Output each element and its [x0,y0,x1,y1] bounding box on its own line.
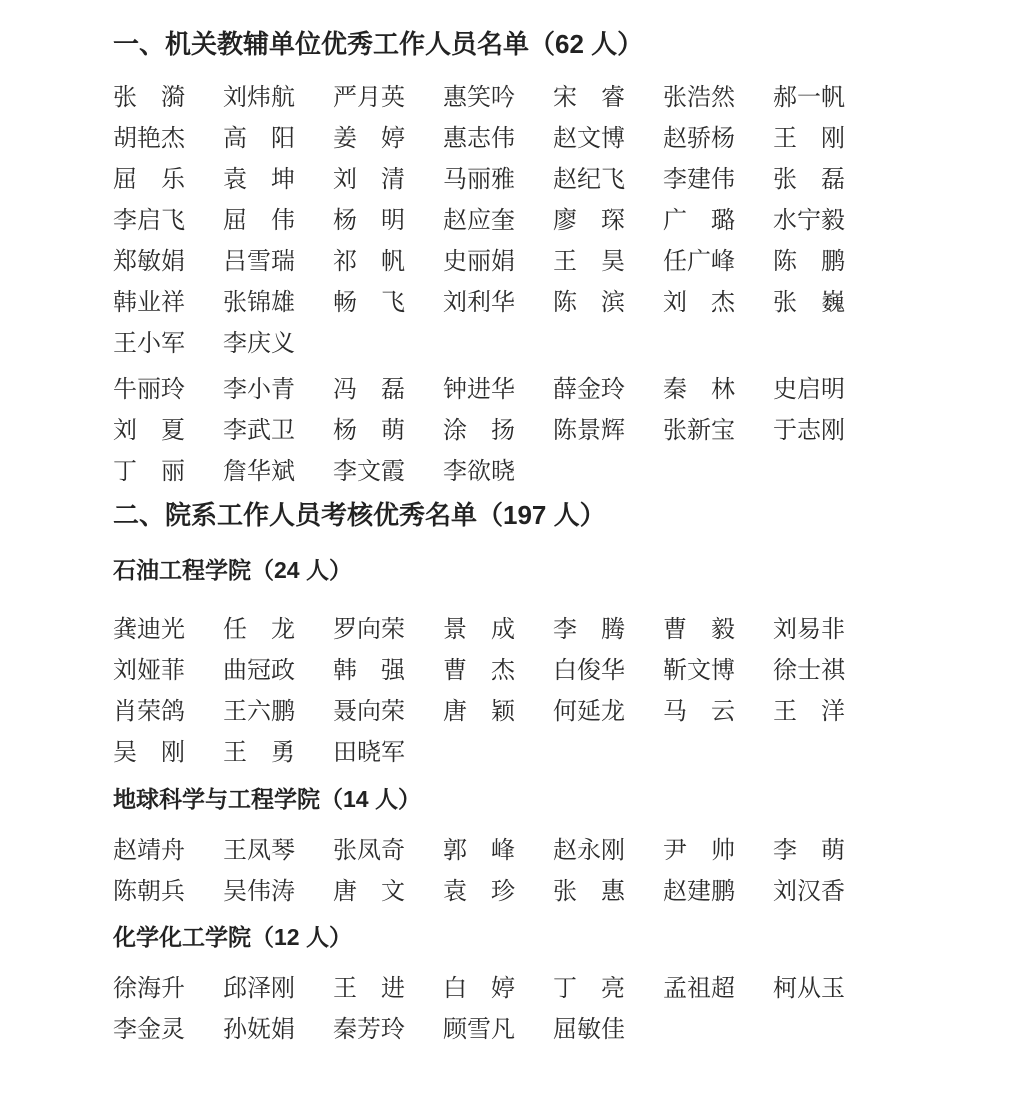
person-name: 韩业祥 [113,291,186,315]
document-page: 一、机关教辅单位优秀工作人员名单（62 人） 张 漪 刘炜航 严月英 惠笑吟 宋… [0,0,1024,1120]
person-name: 王 洋 [773,700,846,724]
person-name: 杨 萌 [333,419,406,443]
person-name: 王 昊 [553,250,626,274]
person-name: 牛丽玲 [113,378,186,402]
person-name: 白 婷 [443,977,516,1001]
person-name: 惠笑吟 [443,86,516,110]
person-name: 曹 杰 [443,659,516,683]
person-name: 秦芳玲 [333,1018,406,1042]
name-row: 赵靖舟 王凤琴 张凤奇 郭 峰 赵永刚 尹 帅 李 萌 [113,839,964,863]
person-name: 徐士祺 [773,659,846,683]
person-name: 畅 飞 [333,291,406,315]
person-name: 赵纪飞 [553,168,626,192]
person-name: 赵永刚 [553,839,626,863]
subsection-geoscience-heading: 地球科学与工程学院（14 人） [113,787,964,811]
person-name: 郑敏娟 [113,250,186,274]
person-name: 王 刚 [773,127,846,151]
person-name: 曹 毅 [663,618,736,642]
person-name: 张 漪 [113,86,186,110]
person-name: 马丽雅 [443,168,516,192]
name-row: 龚迪光 任 龙 罗向荣 景 成 李 腾 曹 毅 刘易非 [113,618,964,642]
person-name: 刘 夏 [113,419,186,443]
person-name: 刘汉香 [773,880,846,904]
person-name: 赵靖舟 [113,839,186,863]
person-name: 刘 杰 [663,291,736,315]
person-name: 龚迪光 [113,618,186,642]
person-name: 靳文博 [663,659,736,683]
name-row: 郑敏娟 吕雪瑞 祁 帆 史丽娟 王 昊 任广峰 陈 鹏 [113,250,964,274]
person-name: 赵骄杨 [663,127,736,151]
person-name: 何延龙 [553,700,626,724]
section1-group-a: 张 漪 刘炜航 严月英 惠笑吟 宋 睿 张浩然 郝一帆 胡艳杰 高 阳 姜 婷 … [113,86,964,356]
person-name: 李 萌 [773,839,846,863]
subsection-petroleum-heading: 石油工程学院（24 人） [113,558,964,582]
person-name: 广 璐 [663,209,736,233]
person-name: 李 腾 [553,618,626,642]
person-name: 王 进 [333,977,406,1001]
person-name: 张 惠 [553,880,626,904]
person-name: 张浩然 [663,86,736,110]
person-name: 史丽娟 [443,250,516,274]
person-name: 陈 鹏 [773,250,846,274]
person-name: 秦 林 [663,378,736,402]
person-name: 屈 伟 [223,209,296,233]
person-name: 曲冠政 [223,659,296,683]
person-name: 李建伟 [663,168,736,192]
person-name: 于志刚 [773,419,846,443]
person-name: 丁 丽 [113,460,186,484]
name-row: 丁 丽 詹华斌 李文霞 李欲晓 [113,460,964,484]
person-name: 田晓军 [333,741,406,765]
person-name: 马 云 [663,700,736,724]
person-name: 吕雪瑞 [223,250,296,274]
subsection-geoscience-names: 赵靖舟 王凤琴 张凤奇 郭 峰 赵永刚 尹 帅 李 萌 陈朝兵 吴伟涛 唐 文 … [113,839,964,904]
person-name: 袁 珍 [443,880,516,904]
person-name: 薛金玲 [553,378,626,402]
person-name: 李启飞 [113,209,186,233]
person-name: 邱泽刚 [223,977,296,1001]
person-name: 刘娅菲 [113,659,186,683]
section2-heading: 二、院系工作人员考核优秀名单（197 人） [113,501,964,529]
person-name: 钟进华 [443,378,516,402]
person-name: 赵文博 [553,127,626,151]
person-name: 肖荣鸽 [113,700,186,724]
person-name: 刘 清 [333,168,406,192]
person-name: 尹 帅 [663,839,736,863]
person-name: 屈敏佳 [553,1018,626,1042]
name-row: 李金灵 孙妩娟 秦芳玲 顾雪凡 屈敏佳 [113,1018,964,1042]
person-name: 张 巍 [773,291,846,315]
person-name: 唐 文 [333,880,406,904]
person-name: 胡艳杰 [113,127,186,151]
person-name: 丁 亮 [553,977,626,1001]
person-name: 水宁毅 [773,209,846,233]
name-row: 刘 夏 李武卫 杨 萌 涂 扬 陈景辉 张新宝 于志刚 [113,419,964,443]
person-name: 张 磊 [773,168,846,192]
person-name: 唐 颖 [443,700,516,724]
name-row: 王小军 李庆义 [113,332,964,356]
person-name: 徐海升 [113,977,186,1001]
person-name: 赵建鹏 [663,880,736,904]
person-name: 祁 帆 [333,250,406,274]
person-name: 李武卫 [223,419,296,443]
person-name: 刘易非 [773,618,846,642]
person-name: 任 龙 [223,618,296,642]
person-name: 张新宝 [663,419,736,443]
person-name: 惠志伟 [443,127,516,151]
person-name: 高 阳 [223,127,296,151]
person-name: 刘炜航 [223,86,296,110]
subsection-chemistry-names: 徐海升 邱泽刚 王 进 白 婷 丁 亮 孟祖超 柯从玉 李金灵 孙妩娟 秦芳玲 … [113,977,964,1042]
person-name: 李小青 [223,378,296,402]
person-name: 聂向荣 [333,700,406,724]
person-name: 冯 磊 [333,378,406,402]
person-name: 罗向荣 [333,618,406,642]
name-row: 吴 刚 王 勇 田晓军 [113,741,964,765]
person-name: 柯从玉 [773,977,846,1001]
person-name: 陈 滨 [553,291,626,315]
person-name: 宋 睿 [553,86,626,110]
person-name: 姜 婷 [333,127,406,151]
name-row: 屈 乐 袁 坤 刘 清 马丽雅 赵纪飞 李建伟 张 磊 [113,168,964,192]
name-row: 张 漪 刘炜航 严月英 惠笑吟 宋 睿 张浩然 郝一帆 [113,86,964,110]
person-name: 张锦雄 [223,291,296,315]
person-name: 王小军 [113,332,186,356]
person-name: 严月英 [333,86,406,110]
person-name: 李庆义 [223,332,296,356]
person-name: 吴伟涛 [223,880,296,904]
name-row: 李启飞 屈 伟 杨 明 赵应奎 廖 琛 广 璐 水宁毅 [113,209,964,233]
person-name: 詹华斌 [223,460,296,484]
name-row: 肖荣鸽 王六鹏 聂向荣 唐 颖 何延龙 马 云 王 洋 [113,700,964,724]
person-name: 李文霞 [333,460,406,484]
section1-group-b: 牛丽玲 李小青 冯 磊 钟进华 薛金玲 秦 林 史启明 刘 夏 李武卫 杨 萌 … [113,378,964,484]
name-row: 刘娅菲 曲冠政 韩 强 曹 杰 白俊华 靳文博 徐士祺 [113,659,964,683]
name-row: 韩业祥 张锦雄 畅 飞 刘利华 陈 滨 刘 杰 张 巍 [113,291,964,315]
person-name: 韩 强 [333,659,406,683]
person-name: 顾雪凡 [443,1018,516,1042]
name-row: 胡艳杰 高 阳 姜 婷 惠志伟 赵文博 赵骄杨 王 刚 [113,127,964,151]
person-name: 袁 坤 [223,168,296,192]
person-name: 王六鹏 [223,700,296,724]
person-name: 陈景辉 [553,419,626,443]
person-name: 孟祖超 [663,977,736,1001]
person-name: 赵应奎 [443,209,516,233]
person-name: 史启明 [773,378,846,402]
person-name: 吴 刚 [113,741,186,765]
person-name: 李金灵 [113,1018,186,1042]
person-name: 李欲晓 [443,460,516,484]
person-name: 孙妩娟 [223,1018,296,1042]
name-row: 徐海升 邱泽刚 王 进 白 婷 丁 亮 孟祖超 柯从玉 [113,977,964,1001]
person-name: 王凤琴 [223,839,296,863]
subsection-chemistry-heading: 化学化工学院（12 人） [113,925,964,949]
name-row: 牛丽玲 李小青 冯 磊 钟进华 薛金玲 秦 林 史启明 [113,378,964,402]
person-name: 杨 明 [333,209,406,233]
section1-heading: 一、机关教辅单位优秀工作人员名单（62 人） [113,30,964,58]
person-name: 白俊华 [553,659,626,683]
person-name: 涂 扬 [443,419,516,443]
person-name: 任广峰 [663,250,736,274]
person-name: 郭 峰 [443,839,516,863]
person-name: 张凤奇 [333,839,406,863]
person-name: 刘利华 [443,291,516,315]
person-name: 郝一帆 [773,86,846,110]
person-name: 王 勇 [223,741,296,765]
person-name: 廖 琛 [553,209,626,233]
person-name: 景 成 [443,618,516,642]
person-name: 屈 乐 [113,168,186,192]
subsection-petroleum-names: 龚迪光 任 龙 罗向荣 景 成 李 腾 曹 毅 刘易非 刘娅菲 曲冠政 韩 强 … [113,618,964,765]
name-row: 陈朝兵 吴伟涛 唐 文 袁 珍 张 惠 赵建鹏 刘汉香 [113,880,964,904]
person-name: 陈朝兵 [113,880,186,904]
